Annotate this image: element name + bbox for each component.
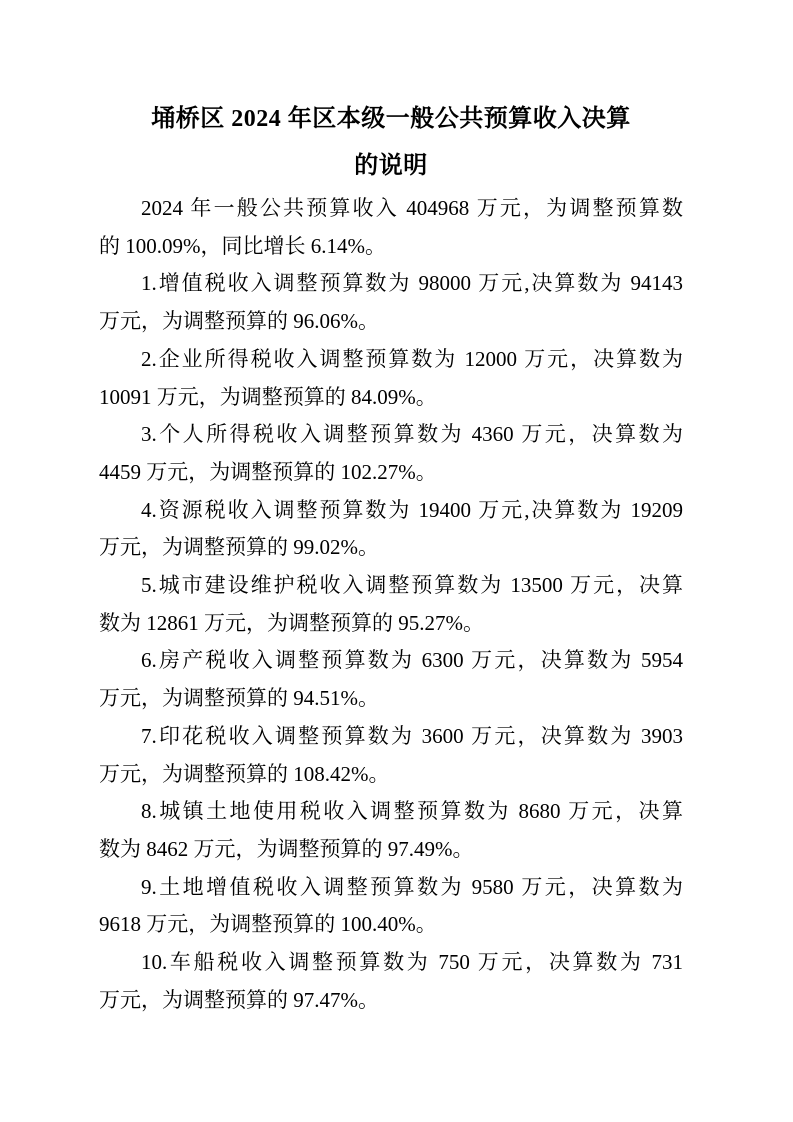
paragraph-line: 万元，为调整预算的 108.42%。 <box>99 756 683 794</box>
paragraph-line: 10.车船税收入调整预算数为 750 万元，决算数为 731 <box>99 944 683 982</box>
paragraph-item-6-property-tax: 6.房产税收入调整预算数为 6300 万元，决算数为 5954 万元，为调整预算… <box>99 642 683 717</box>
paragraph-line: 数为 12861 万元，为调整预算的 95.27%。 <box>99 605 683 643</box>
paragraph-line: 8.城镇土地使用税收入调整预算数为 8680 万元，决算 <box>99 793 683 831</box>
paragraph-line: 万元，为调整预算的 99.02%。 <box>99 529 683 567</box>
document-page: 埇桥区 2024 年区本级一般公共预算收入决算 的说明 2024 年一般公共预算… <box>0 0 793 1122</box>
paragraph-line: 万元，为调整预算的 94.51%。 <box>99 680 683 718</box>
paragraph-line: 1.增值税收入调整预算数为 98000 万元,决算数为 94143 <box>99 265 683 303</box>
paragraph-line: 的 100.09%，同比增长 6.14%。 <box>99 228 683 266</box>
paragraph-item-2-corporate-income-tax: 2.企业所得税收入调整预算数为 12000 万元，决算数为 10091 万元，为… <box>99 341 683 416</box>
paragraph-line: 4.资源税收入调整预算数为 19400 万元,决算数为 19209 <box>99 492 683 530</box>
paragraph-line: 10091 万元，为调整预算的 84.09%。 <box>99 379 683 417</box>
paragraph-line: 9618 万元，为调整预算的 100.40%。 <box>99 906 683 944</box>
document-body: 2024 年一般公共预算收入 404968 万元，为调整预算数 的 100.09… <box>99 190 683 1019</box>
paragraph-line: 9.土地增值税收入调整预算数为 9580 万元，决算数为 <box>99 869 683 907</box>
paragraph-item-4-resource-tax: 4.资源税收入调整预算数为 19400 万元,决算数为 19209 万元，为调整… <box>99 492 683 567</box>
paragraph-line: 6.房产税收入调整预算数为 6300 万元，决算数为 5954 <box>99 642 683 680</box>
paragraph-line: 万元，为调整预算的 97.47%。 <box>99 982 683 1020</box>
paragraph-item-9-land-appreciation-tax: 9.土地增值税收入调整预算数为 9580 万元，决算数为 9618 万元，为调整… <box>99 869 683 944</box>
paragraph-item-10-vehicle-vessel-tax: 10.车船税收入调整预算数为 750 万元，决算数为 731 万元，为调整预算的… <box>99 944 683 1019</box>
paragraph-line: 数为 8462 万元，为调整预算的 97.49%。 <box>99 831 683 869</box>
paragraph-item-5-urban-construction-tax: 5.城市建设维护税收入调整预算数为 13500 万元，决算 数为 12861 万… <box>99 567 683 642</box>
paragraph-line: 万元，为调整预算的 96.06%。 <box>99 303 683 341</box>
paragraph-item-1-vat: 1.增值税收入调整预算数为 98000 万元,决算数为 94143 万元，为调整… <box>99 265 683 340</box>
paragraph-line: 3.个人所得税收入调整预算数为 4360 万元，决算数为 <box>99 416 683 454</box>
paragraph-line: 2.企业所得税收入调整预算数为 12000 万元，决算数为 <box>99 341 683 379</box>
paragraph-line: 4459 万元，为调整预算的 102.27%。 <box>99 454 683 492</box>
paragraph-item-8-urban-land-use-tax: 8.城镇土地使用税收入调整预算数为 8680 万元，决算 数为 8462 万元，… <box>99 793 683 868</box>
paragraph-line: 2024 年一般公共预算收入 404968 万元，为调整预算数 <box>99 190 683 228</box>
paragraph-total-revenue: 2024 年一般公共预算收入 404968 万元，为调整预算数 的 100.09… <box>99 190 683 265</box>
document-title: 埇桥区 2024 年区本级一般公共预算收入决算 的说明 <box>99 96 683 190</box>
document-title-line1: 埇桥区 2024 年区本级一般公共预算收入决算 <box>99 96 683 143</box>
paragraph-item-7-stamp-tax: 7.印花税收入调整预算数为 3600 万元，决算数为 3903 万元，为调整预算… <box>99 718 683 793</box>
paragraph-item-3-personal-income-tax: 3.个人所得税收入调整预算数为 4360 万元，决算数为 4459 万元，为调整… <box>99 416 683 491</box>
paragraph-line: 5.城市建设维护税收入调整预算数为 13500 万元，决算 <box>99 567 683 605</box>
document-title-line2: 的说明 <box>99 143 683 190</box>
paragraph-line: 7.印花税收入调整预算数为 3600 万元，决算数为 3903 <box>99 718 683 756</box>
